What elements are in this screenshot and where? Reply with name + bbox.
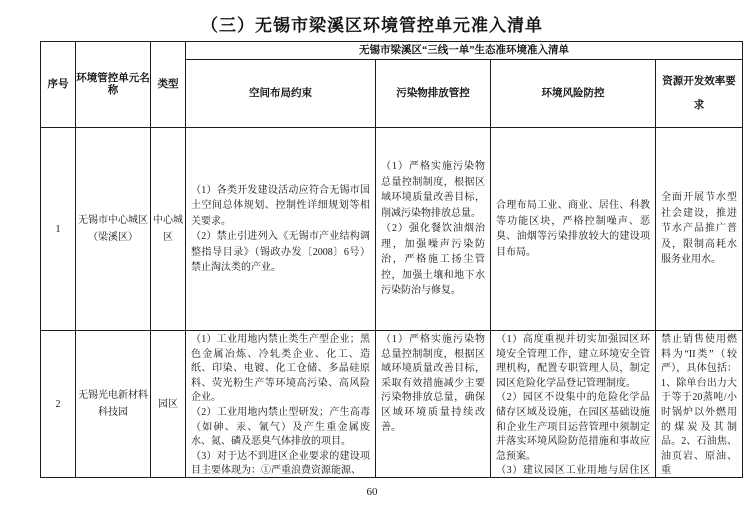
row2-resource-text: 禁止销售使用燃料为“II类”（较严），具体包括：1、除单台出力大于等于20蒸吨/…: [656, 331, 742, 476]
row2-spatial-text: （1）工业用地内禁止类生产型企业；黑色金属冶炼、冷轧类企业、化工、造纸、印染、电…: [186, 331, 375, 476]
page-number: 60: [0, 486, 744, 498]
col-header-resource: 资源开发效率要求: [656, 60, 743, 128]
col-header-type: 类型: [151, 42, 186, 128]
row1-type: 中心城区: [151, 128, 186, 331]
row1-resource-text: 全面开展节水型社会建设，推进节水产品推广普及，限制高耗水服务业用水。: [656, 188, 742, 270]
table-row: 2 无锡光电新材料科技园 园区 （1）工业用地内禁止类生产型企业；黑色金属冶炼、…: [41, 331, 743, 478]
col-header-unit-name: 环境管控单元名称: [76, 42, 151, 128]
environment-access-table: 序号 环境管控单元名称 类型 无锡市梁溪区“三线一单”生态准环境准入清单 空间布…: [40, 41, 743, 478]
page-title: （三）无锡市梁溪区环境管控单元准入清单: [0, 0, 744, 41]
col-header-pollution: 污染物排放管控: [376, 60, 491, 128]
row1-pollution-text: （1）严格实施污染物总量控制制度，根据区域环境质量改善目标，削减污染物排放总量。…: [376, 157, 490, 301]
row2-seq: 2: [41, 331, 76, 478]
table-span-header-row: 序号 环境管控单元名称 类型 无锡市梁溪区“三线一单”生态准环境准入清单: [41, 42, 743, 60]
col-header-seq: 序号: [41, 42, 76, 128]
span-header-title: 无锡市梁溪区“三线一单”生态准环境准入清单: [186, 42, 743, 60]
row2-pollution-text: （1）严格实施污染物总量控制制度，根据区域环境质量改善目标，采取有效措施减少主要…: [376, 331, 490, 437]
row2-type: 园区: [151, 331, 186, 478]
row2-risk-text: （1）高度重视并切实加强园区环境安全管理工作，建立环境安全管理机构，配置专职管理…: [491, 331, 655, 476]
col-header-risk: 环境风险防控: [491, 60, 656, 128]
row1-risk-text: 合理布局工业、商业、居住、科教等功能区块，严格控制噪声、恶臭、油烟等污染排放较大…: [491, 196, 655, 262]
col-header-spatial: 空间布局约束: [186, 60, 376, 128]
row2-unit-name: 无锡光电新材料科技园: [76, 331, 151, 478]
row1-seq: 1: [41, 128, 76, 331]
row1-spatial-text: （1）各类开发建设活动应符合无锡市国土空间总体规划、控制性详细规划等相关要求。 …: [186, 181, 375, 278]
row1-unit-name: 无锡市中心城区（梁溪区）: [76, 128, 151, 331]
table-row: 1 无锡市中心城区（梁溪区） 中心城区 （1）各类开发建设活动应符合无锡市国土空…: [41, 128, 743, 331]
